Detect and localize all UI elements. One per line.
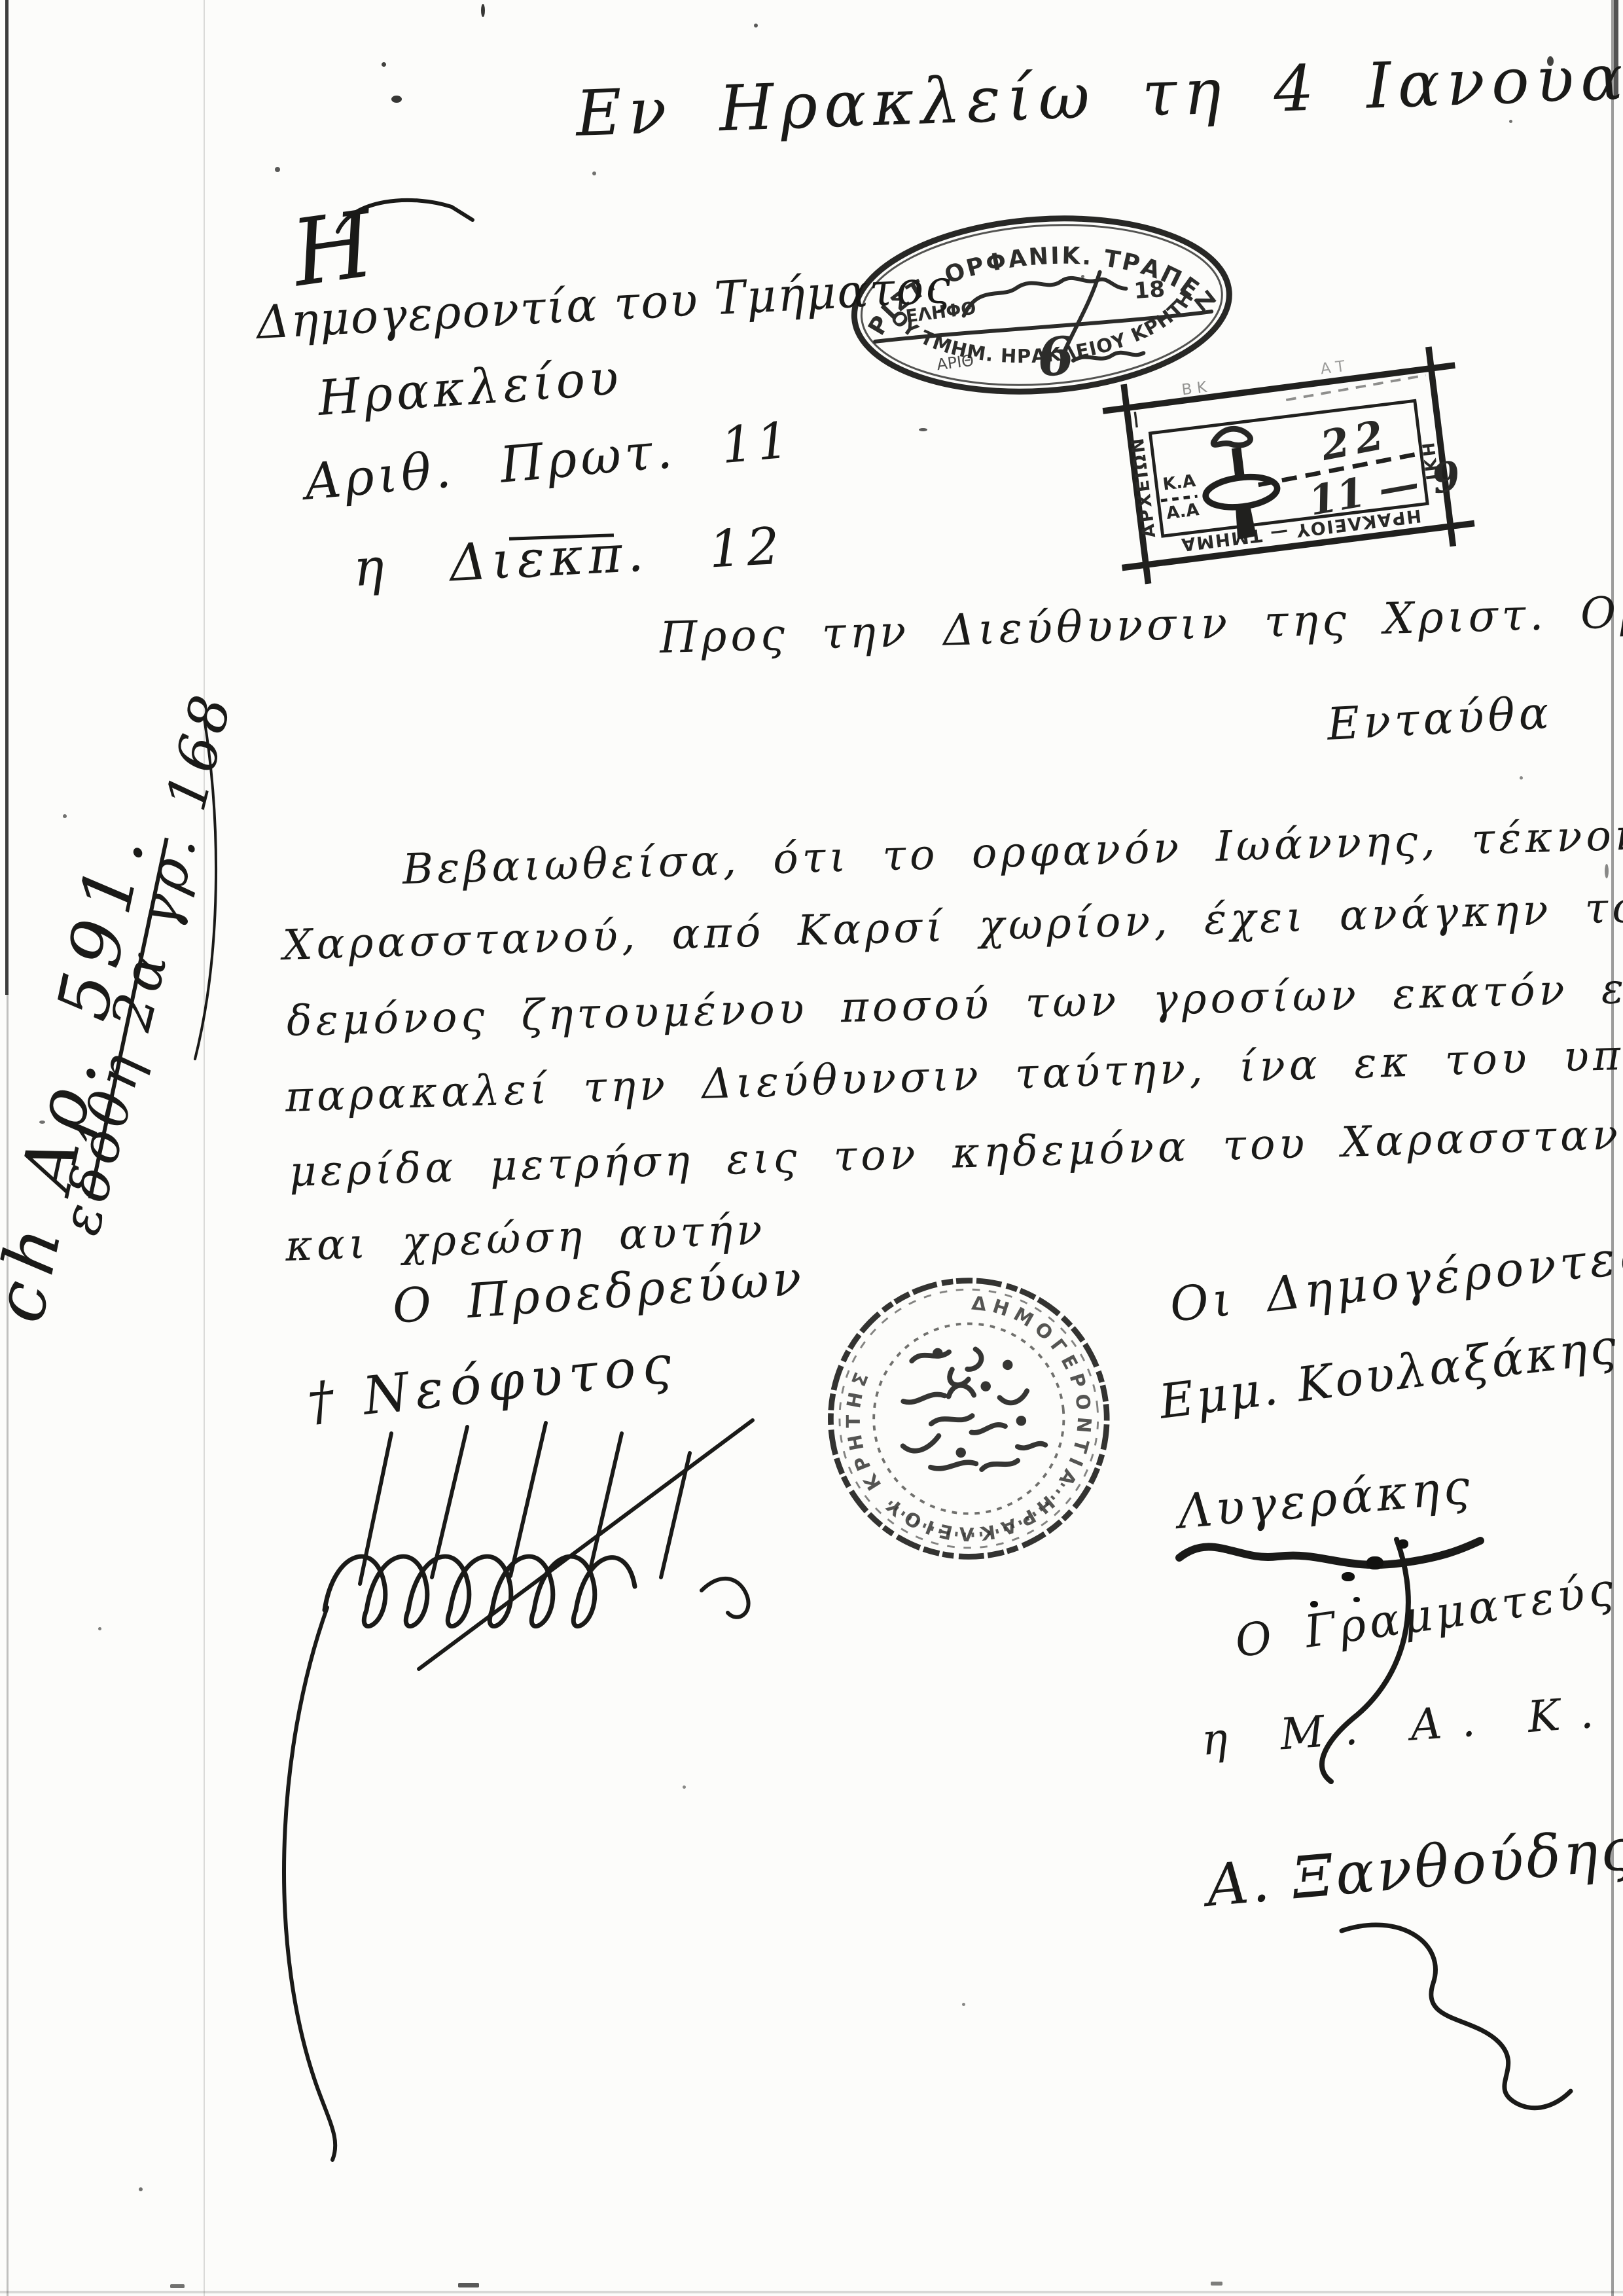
dust-speck bbox=[754, 24, 758, 27]
dust-speck bbox=[382, 62, 386, 67]
board-signature-1: Εμμ. Κουλαξάκης bbox=[1156, 1318, 1622, 1429]
scanned-document-page: Εν Ηρακλείω τη 4 Ιανουαρίου 1875 Η Δημογ… bbox=[0, 0, 1623, 2296]
secretary-signature-name: Α. Ξανθούδης bbox=[1204, 1815, 1623, 1920]
dust-speck bbox=[919, 428, 927, 431]
dust-speck bbox=[481, 4, 485, 17]
dust-speck bbox=[1605, 864, 1609, 878]
dust-speck bbox=[592, 171, 596, 175]
round-seal: ΔΗΜΟΓΕΡΟΝΤΙΑ ΗΡΑΚΛΕΙΟΥ ΚΡΗΤΗΣ bbox=[809, 1259, 1129, 1581]
ink-blot bbox=[1342, 1572, 1355, 1581]
archive-stamp-field1-label: Κ.Α bbox=[1162, 471, 1197, 495]
received-stamp-year-prefix: 18 bbox=[1133, 276, 1166, 304]
archive-stamp-label-dashes bbox=[1161, 496, 1198, 501]
archive-stamp-top-partial-1: Β Κ bbox=[1181, 378, 1208, 399]
archive-stamp-top-partial-2: Α Τ bbox=[1319, 357, 1346, 378]
ottoman-script-center bbox=[893, 1340, 1047, 1477]
dust-speck bbox=[1211, 2282, 1222, 2286]
dust-speck bbox=[275, 167, 280, 172]
ruled-margin-line bbox=[204, 0, 205, 2296]
archive-stamp-field2-label: Α.Α bbox=[1165, 500, 1200, 524]
sender-dispatch-line: η Διεκπ. 12 bbox=[352, 517, 786, 598]
dust-speck bbox=[1509, 120, 1512, 123]
margin-bracket-curve bbox=[185, 719, 224, 1059]
received-stamp-number-label: ΑΡΙΘ bbox=[936, 351, 975, 374]
ink-blot bbox=[1398, 1539, 1408, 1549]
board-title: Οι Δημογέροντες bbox=[1168, 1227, 1623, 1332]
monogram-swash-flourish bbox=[332, 191, 483, 243]
ink-blot bbox=[1366, 1556, 1383, 1570]
scan-edge-bottom bbox=[0, 2291, 1623, 2293]
recipient-place: Ενταύθα bbox=[1326, 687, 1554, 751]
sender-protocol-line: Αριθ. Πρωτ. 11 bbox=[302, 410, 794, 511]
dust-speck bbox=[962, 2003, 965, 2006]
header-place-date: Εν Ηρακλείω τη 4 Ιανουαρίου 1875 bbox=[575, 27, 1623, 151]
archive-stamp: ΑΡΧΕΙΩΝ — ΙΚΗ Β Κ Α Τ ΗΡΑΚΛΕΙΟΥ — ΤΜΗΜΑ … bbox=[1093, 336, 1484, 598]
secretary-signature-flourish bbox=[1322, 1918, 1623, 2114]
received-date-handwriting bbox=[962, 274, 1128, 315]
sender-org-place: Ηρακλείου bbox=[316, 350, 624, 427]
dust-speck bbox=[458, 2283, 479, 2287]
presiding-signature-flourish bbox=[281, 1414, 779, 2160]
dust-speck bbox=[170, 2284, 185, 2288]
dust-speck bbox=[391, 96, 402, 103]
body-line: Βεβαιωθείσα, ότι το ορφανόν Ιωάννης, τέκ… bbox=[402, 798, 1623, 894]
dust-speck bbox=[63, 814, 67, 818]
dust-speck bbox=[98, 1627, 101, 1630]
received-stamp-number-value: 6 bbox=[1035, 325, 1076, 389]
dust-speck bbox=[139, 2187, 143, 2191]
scan-edge-left-dark bbox=[5, 0, 9, 995]
dust-speck bbox=[1520, 776, 1523, 780]
body-line: δεμόνος ζητουμένου ποσού των γροσίων εκα… bbox=[286, 956, 1623, 1046]
